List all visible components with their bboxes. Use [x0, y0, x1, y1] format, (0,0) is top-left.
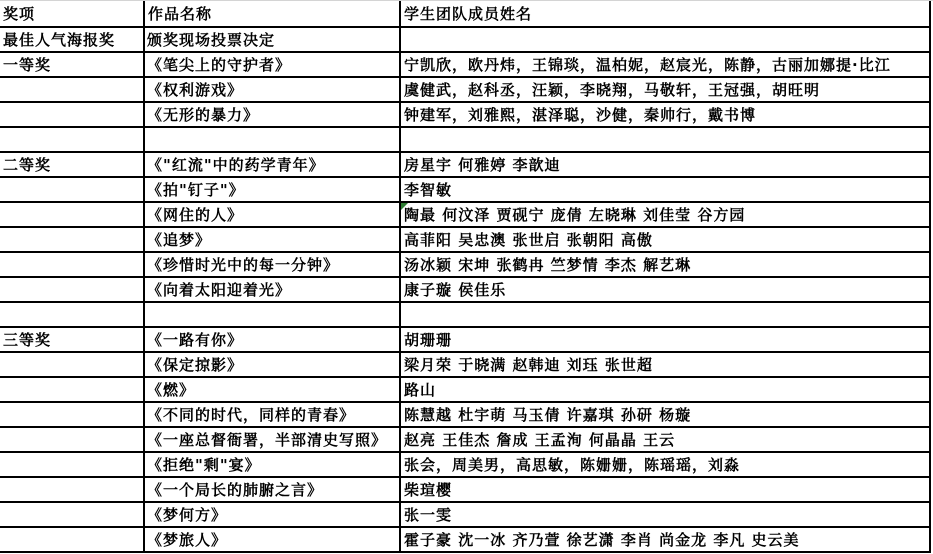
members-cell[interactable]: 高菲阳 吴忠澳 张世启 张朝阳 高傲 — [400, 227, 930, 252]
members-cell[interactable] — [400, 127, 930, 152]
award-cell[interactable] — [0, 227, 144, 252]
work-cell[interactable]: 《一座总督衙署，半部清史写照》 — [144, 427, 400, 452]
award-cell[interactable] — [0, 452, 144, 477]
spreadsheet-view: 奖项 作品名称 学生团队成员姓名 最佳人气海报奖 颁奖现场投票决定 一等奖 《笔… — [0, 0, 933, 554]
members-cell[interactable]: 李智敏 — [400, 177, 930, 202]
work-cell[interactable]: 《一路有你》 — [144, 327, 400, 352]
members-cell[interactable]: 宁凯欣，欧丹炜，王锦琰，温柏妮，赵宸光，陈静，古丽加娜提·比江 — [400, 52, 930, 77]
table-row — [0, 127, 930, 152]
members-cell[interactable]: 虞健武，赵科丞，汪颖，李晓翔，马敬轩，王冠强，胡旺明 — [400, 77, 930, 102]
award-cell[interactable] — [0, 477, 144, 502]
award-cell[interactable] — [0, 252, 144, 277]
members-cell[interactable]: 房星宇 何雅婷 李歆迪 — [400, 152, 930, 177]
members-cell[interactable]: 陶最 何汶泽 贾砚宁 庞倩 左晓琳 刘佳莹 谷方园 — [400, 202, 930, 227]
members-cell[interactable]: 胡珊珊 — [400, 327, 930, 352]
members-cell[interactable]: 钟建军，刘雅熙，湛泽聪，沙健，秦帅行，戴书博 — [400, 102, 930, 127]
column-header-members[interactable]: 学生团队成员姓名 — [400, 1, 930, 27]
column-header-work[interactable]: 作品名称 — [144, 1, 400, 27]
work-cell[interactable]: 《拒绝"剩"宴》 — [144, 452, 400, 477]
members-cell[interactable]: 汤冰颖 宋坤 张鹤冉 竺梦情 李杰 解艺琳 — [400, 252, 930, 277]
award-cell[interactable] — [0, 352, 144, 377]
table-row: 一等奖 《笔尖上的守护者》 宁凯欣，欧丹炜，王锦琰，温柏妮，赵宸光，陈静，古丽加… — [0, 52, 930, 77]
table-row: 《网住的人》 陶最 何汶泽 贾砚宁 庞倩 左晓琳 刘佳莹 谷方园 — [0, 202, 930, 227]
award-cell[interactable]: 一等奖 — [0, 52, 144, 77]
work-cell[interactable]: 《追梦》 — [144, 227, 400, 252]
table-row: 《珍惜时光中的每一分钟》 汤冰颖 宋坤 张鹤冉 竺梦情 李杰 解艺琳 — [0, 252, 930, 277]
cell-error-indicator-icon — [401, 203, 408, 210]
table-row: 《拍"钉子"》 李智敏 — [0, 177, 930, 202]
work-cell[interactable]: 《"红流"中的药学青年》 — [144, 152, 400, 177]
members-cell[interactable]: 张会，周美男，高思敏，陈姗姗，陈瑶瑶，刘淼 — [400, 452, 930, 477]
table-row: 《一个局长的肺腑之言》 柴瑄樱 — [0, 477, 930, 502]
work-cell[interactable]: 《向着太阳迎着光》 — [144, 277, 400, 302]
work-cell[interactable]: 《珍惜时光中的每一分钟》 — [144, 252, 400, 277]
members-cell[interactable]: 赵亮 王佳杰 詹成 王孟洵 何晶晶 王云 — [400, 427, 930, 452]
work-cell[interactable]: 《一个局长的肺腑之言》 — [144, 477, 400, 502]
table-row: 《不同的时代，同样的青春》 陈慧越 杜宇萌 马玉倩 许嘉琪 孙研 杨璇 — [0, 402, 930, 427]
award-cell[interactable] — [0, 127, 144, 152]
awards-table: 奖项 作品名称 学生团队成员姓名 最佳人气海报奖 颁奖现场投票决定 一等奖 《笔… — [0, 1, 931, 553]
work-cell[interactable]: 《拍"钉子"》 — [144, 177, 400, 202]
members-cell[interactable]: 张一雯 — [400, 502, 930, 527]
members-cell[interactable]: 霍子豪 沈一冰 齐乃萱 徐艺潇 李肖 尚金龙 李凡 史云美 — [400, 527, 930, 552]
award-cell[interactable] — [0, 527, 144, 552]
work-cell[interactable] — [144, 127, 400, 152]
award-cell[interactable] — [0, 77, 144, 102]
column-header-award[interactable]: 奖项 — [0, 1, 144, 27]
table-row: 三等奖 《一路有你》 胡珊珊 — [0, 327, 930, 352]
table-row: 《向着太阳迎着光》 康子璇 侯佳乐 — [0, 277, 930, 302]
award-cell[interactable] — [0, 377, 144, 402]
award-cell[interactable] — [0, 202, 144, 227]
members-cell[interactable]: 梁月荣 于晓满 赵韩迪 刘珏 张世超 — [400, 352, 930, 377]
table-row: 《梦何方》 张一雯 — [0, 502, 930, 527]
award-cell[interactable] — [0, 277, 144, 302]
work-cell[interactable]: 《网住的人》 — [144, 202, 400, 227]
table-row: 《无形的暴力》 钟建军，刘雅熙，湛泽聪，沙健，秦帅行，戴书博 — [0, 102, 930, 127]
work-cell[interactable] — [144, 302, 400, 327]
members-cell[interactable]: 柴瑄樱 — [400, 477, 930, 502]
award-cell[interactable]: 三等奖 — [0, 327, 144, 352]
work-cell[interactable]: 《燃》 — [144, 377, 400, 402]
table-row: 二等奖 《"红流"中的药学青年》 房星宇 何雅婷 李歆迪 — [0, 152, 930, 177]
work-cell[interactable]: 《保定掠影》 — [144, 352, 400, 377]
work-cell[interactable]: 《梦何方》 — [144, 502, 400, 527]
table-row: 《追梦》 高菲阳 吴忠澳 张世启 张朝阳 高傲 — [0, 227, 930, 252]
table-row — [0, 302, 930, 327]
members-cell[interactable]: 陈慧越 杜宇萌 马玉倩 许嘉琪 孙研 杨璇 — [400, 402, 930, 427]
header-row: 奖项 作品名称 学生团队成员姓名 — [0, 1, 930, 27]
members-cell[interactable] — [400, 27, 930, 52]
award-cell[interactable] — [0, 302, 144, 327]
table-row: 《梦旅人》 霍子豪 沈一冰 齐乃萱 徐艺潇 李肖 尚金龙 李凡 史云美 — [0, 527, 930, 552]
members-cell[interactable] — [400, 302, 930, 327]
work-cell[interactable]: 《无形的暴力》 — [144, 102, 400, 127]
work-cell[interactable]: 《权利游戏》 — [144, 77, 400, 102]
table-row: 最佳人气海报奖 颁奖现场投票决定 — [0, 27, 930, 52]
table-row: 《保定掠影》 梁月荣 于晓满 赵韩迪 刘珏 张世超 — [0, 352, 930, 377]
table-row: 《燃》 路山 — [0, 377, 930, 402]
work-cell[interactable]: 《不同的时代，同样的青春》 — [144, 402, 400, 427]
award-cell[interactable] — [0, 502, 144, 527]
members-cell[interactable]: 康子璇 侯佳乐 — [400, 277, 930, 302]
award-cell[interactable] — [0, 402, 144, 427]
members-cell[interactable]: 路山 — [400, 377, 930, 402]
award-cell[interactable] — [0, 427, 144, 452]
work-cell[interactable]: 颁奖现场投票决定 — [144, 27, 400, 52]
table-row: 《权利游戏》 虞健武，赵科丞，汪颖，李晓翔，马敬轩，王冠强，胡旺明 — [0, 77, 930, 102]
table-row: 《一座总督衙署，半部清史写照》 赵亮 王佳杰 詹成 王孟洵 何晶晶 王云 — [0, 427, 930, 452]
work-cell[interactable]: 《梦旅人》 — [144, 527, 400, 552]
work-cell[interactable]: 《笔尖上的守护者》 — [144, 52, 400, 77]
award-cell[interactable]: 最佳人气海报奖 — [0, 27, 144, 52]
award-cell[interactable] — [0, 102, 144, 127]
table-row: 《拒绝"剩"宴》 张会，周美男，高思敏，陈姗姗，陈瑶瑶，刘淼 — [0, 452, 930, 477]
award-cell[interactable]: 二等奖 — [0, 152, 144, 177]
award-cell[interactable] — [0, 177, 144, 202]
